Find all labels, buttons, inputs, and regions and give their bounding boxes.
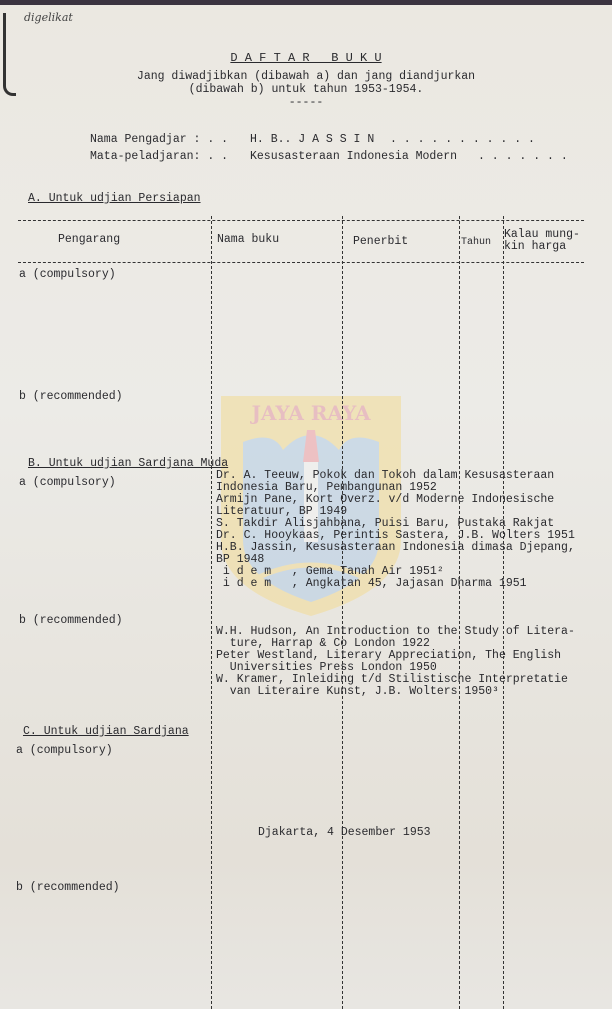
- section-b-recommended-label: b (recommended): [19, 615, 123, 628]
- teacher-dots: . . . . . . . . . . .: [390, 134, 535, 147]
- document-title: D A F T A R B U K U: [0, 51, 612, 65]
- column-divider-1: [211, 216, 212, 1009]
- section-b-heading-text: B. Untuk udjian Sardjana Muda: [28, 457, 228, 470]
- teacher-name: H. B.. J A S S I N: [250, 134, 374, 147]
- column-header-harga-line2: kin harga: [504, 241, 566, 254]
- place-date: Djakarta, 4 Desember 1953: [258, 827, 431, 840]
- column-header-pengarang: Pengarang: [58, 234, 120, 247]
- table-top-rule: [18, 220, 584, 221]
- subject-name: Kesusasteraan Indonesia Modern: [250, 151, 457, 164]
- section-a-recommended-label: b (recommended): [19, 391, 123, 404]
- column-header-penerbit: Penerbit: [353, 236, 408, 249]
- section-b-compulsory-label: a (compulsory): [19, 477, 116, 490]
- section-a-heading: A. Untuk udjian Persiapan: [28, 193, 201, 206]
- teacher-label: Nama Pengadjar : . .: [90, 134, 228, 147]
- section-a-compulsory-label: a (compulsory): [19, 269, 116, 282]
- subtitle-line-1: Jang diwadjibkan (dibawah a) dan jang di…: [0, 71, 612, 84]
- book-entry: H.B. Jassin, Kesusasteraan Indonesia dim…: [216, 542, 575, 555]
- book-entry: i d e m , Angkatan 45, Jajasan Dharma 19…: [216, 578, 527, 591]
- subject-dots: . . . . . . .: [478, 151, 568, 164]
- column-divider-2: [342, 216, 343, 1009]
- column-header-tahun: Tahun: [461, 237, 491, 248]
- document-page: digelikat JAYA RAYA D A F T A R B U K U …: [0, 5, 612, 1009]
- section-c-compulsory-label: a (compulsory): [16, 745, 113, 758]
- title-divider: -----: [0, 97, 612, 110]
- handwritten-note: digelikat: [24, 11, 73, 24]
- column-header-nama-buku: Nama buku: [217, 234, 279, 247]
- book-entry: van Literaire Kunst, J.B. Wolters 1950³: [216, 686, 499, 699]
- section-b-heading: B. Untuk udjian Sardjana Muda: [28, 458, 228, 471]
- section-c-recommended-label: b (recommended): [16, 882, 120, 895]
- column-divider-4: [503, 216, 504, 1009]
- table-header-rule: [18, 262, 584, 263]
- watermark-text: JAYA RAYA: [249, 401, 371, 425]
- section-c-heading: C. Untuk udjian Sardjana: [23, 726, 189, 739]
- subtitle-line-2: (dibawah b) untuk tahun 1953-1954.: [0, 84, 612, 97]
- subject-label: Mata-peladjaran: . .: [90, 151, 228, 164]
- column-divider-3: [459, 216, 460, 1009]
